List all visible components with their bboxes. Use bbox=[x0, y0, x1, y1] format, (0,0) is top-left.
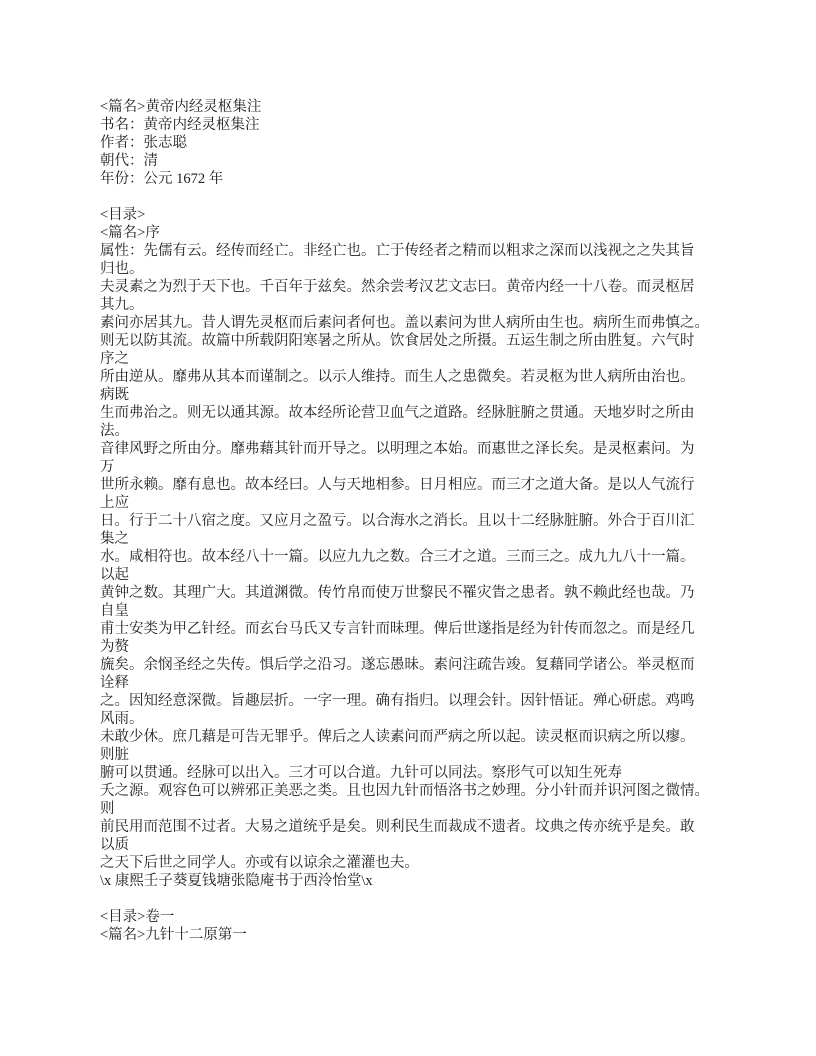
text-line: 旒矣。余悯圣经之失传。惧后学之沿习。遂忘愚昧。素问注疏告竣。复藉同学诸公。举灵枢… bbox=[100, 656, 725, 674]
text-line: 则脏 bbox=[100, 746, 725, 764]
text-line: 病既 bbox=[100, 386, 725, 404]
text-line: 法。 bbox=[100, 422, 725, 440]
text-line: 风雨。 bbox=[100, 710, 725, 728]
text-line: 则无以防其流。故篇中所载阴阳寒暑之所从。饮食居处之所摄。五运生制之所由胜复。六气… bbox=[100, 332, 725, 350]
pian-ming-tag-line: <篇名>黄帝内经灵枢集注 bbox=[100, 98, 725, 116]
blank-line bbox=[100, 188, 725, 206]
text-line: 前民用而范围不过者。大易之道统乎是矣。则利民生而裁成不遗者。坟典之传亦统乎是矣。… bbox=[100, 818, 725, 836]
blank-line bbox=[100, 890, 725, 908]
year-line: 年份：公元 1672 年 bbox=[100, 170, 725, 188]
text-block: <篇名>黄帝内经灵枢集注 书名：黄帝内经灵枢集注 作者：张志聪 朝代：清 年份：… bbox=[100, 98, 725, 944]
text-line: 生而弗治之。则无以通其源。故本经所论营卫血气之道路。经脉脏腑之贯通。天地岁时之所… bbox=[100, 404, 725, 422]
text-line: 未敢少休。庶几藉是可告无罪乎。俾后之人读素问而严病之所以起。读灵枢而识病之所以瘳… bbox=[100, 728, 725, 746]
dynasty-line: 朝代：清 bbox=[100, 152, 725, 170]
text-line: 甫士安类为甲乙针经。而玄台马氏又专言针而昧理。俾后世遂指是经为针传而忽之。而是经… bbox=[100, 620, 725, 638]
text-line: 其九。 bbox=[100, 296, 725, 314]
text-line: 音律风野之所由分。靡弗藉其针而开导之。以明理之本始。而惠世之泽长矣。是灵枢素问。… bbox=[100, 440, 725, 458]
section-title-line: <篇名>序 bbox=[100, 224, 725, 242]
text-line: 则 bbox=[100, 800, 725, 818]
text-line: 黄钟之数。其理广大。其道渊微。传竹帛而使万世黎民不罹灾眚之患者。孰不赖此经也哉。… bbox=[100, 584, 725, 602]
text-line: 以质 bbox=[100, 836, 725, 854]
text-line: 世所永赖。靡有息也。故本经曰。人与天地相参。日月相应。而三才之道大备。是以人气流… bbox=[100, 476, 725, 494]
text-line: 之。因知经意深微。旨趣层折。一字一理。确有指归。以理会针。因针悟证。殚心研虑。鸡… bbox=[100, 692, 725, 710]
text-line: 归也。 bbox=[100, 260, 725, 278]
text-line: 自皇 bbox=[100, 602, 725, 620]
text-line: 夭之源。观容色可以辨邪正美恶之类。且也因九针而悟洛书之妙理。分小针而并识河图之微… bbox=[100, 782, 725, 800]
text-line: 诠释 bbox=[100, 674, 725, 692]
text-line: 上应 bbox=[100, 494, 725, 512]
text-line: 日。行于二十八宿之度。又应月之盈亏。以合海水之消长。且以十二经脉脏腑。外合于百川… bbox=[100, 512, 725, 530]
document-page: <篇名>黄帝内经灵枢集注 书名：黄帝内经灵枢集注 作者：张志聪 朝代：清 年份：… bbox=[0, 0, 816, 1056]
text-line: 以起 bbox=[100, 566, 725, 584]
text-line: 万 bbox=[100, 458, 725, 476]
text-line: 素问亦居其九。昔人谓先灵枢而后素问者何也。盖以素问为世人病所由生也。病所生而弗慎… bbox=[100, 314, 725, 332]
author-line: 作者：张志聪 bbox=[100, 134, 725, 152]
text-line: 为赘 bbox=[100, 638, 725, 656]
text-line: 腑可以贯通。经脉可以出入。三才可以合道。九针可以同法。察形气可以知生死寿 bbox=[100, 764, 725, 782]
text-line: 所由逆从。靡弗从其本而谨制之。以示人维持。而生人之患微矣。若灵枢为世人病所由治也… bbox=[100, 368, 725, 386]
text-line: 集之 bbox=[100, 530, 725, 548]
toc-volume-line: <目录>卷一 bbox=[100, 908, 725, 926]
book-name-line: 书名：黄帝内经灵枢集注 bbox=[100, 116, 725, 134]
text-line: 水。咸相符也。故本经八十一篇。以应九九之数。合三才之道。三而三之。成九九八十一篇… bbox=[100, 548, 725, 566]
text-line: 夫灵素之为烈于天下也。千百年于兹矣。然余尝考汉艺文志曰。黄帝内经一十八卷。而灵枢… bbox=[100, 278, 725, 296]
toc-tag-line: <目录> bbox=[100, 206, 725, 224]
signature-line: \x 康熙壬子葵夏钱塘张隐庵书于西泠怡堂\x bbox=[100, 872, 725, 890]
text-line: 之天下后世之同学人。亦或有以谅余之灌灌也夫。 bbox=[100, 854, 725, 872]
next-section-title-line: <篇名>九针十二原第一 bbox=[100, 926, 725, 944]
text-line: 序之 bbox=[100, 350, 725, 368]
text-line: 属性：先儒有云。经传而经亡。非经亡也。亡于传经者之精而以粗求之深而以浅视之之失其… bbox=[100, 242, 725, 260]
